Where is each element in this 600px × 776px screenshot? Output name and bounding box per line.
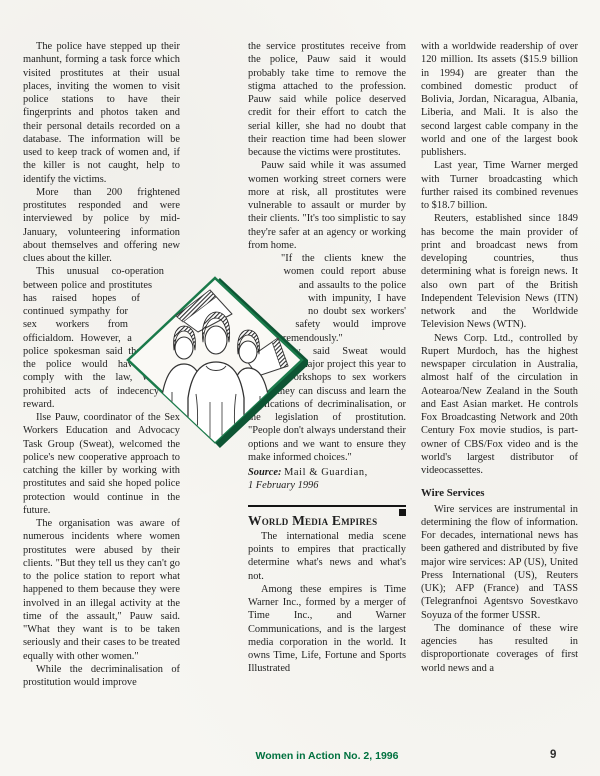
article-paragraph: with a worldwide readership of over 120 … <box>421 40 578 159</box>
article-paragraph: News Corp. Ltd., controlled by Rupert Mu… <box>421 332 578 478</box>
subsection-heading: Wire Services <box>421 487 578 500</box>
magazine-page: The police have stepped up their manhunt… <box>0 0 600 776</box>
source-line: Source: Mail & Guardian, 1 February 1996 <box>248 466 406 493</box>
article-paragraph: Last year, Time Warner merged with Turne… <box>421 159 578 212</box>
section-divider <box>248 505 406 507</box>
article-paragraph: The police have stepped up their manhunt… <box>23 40 180 186</box>
text-column-3: with a worldwide readership of over 120 … <box>421 40 578 675</box>
page-number: 9 <box>550 749 556 761</box>
three-women-sketch-illustration <box>126 274 308 450</box>
article-paragraph: Wire services are instrumental in determ… <box>421 503 578 622</box>
article-paragraph: The organisation was aware of numerous i… <box>23 517 180 663</box>
article-paragraph: The international media scene points to … <box>248 530 406 583</box>
footer-journal-title: Women in Action No. 2, 1996 <box>244 750 410 762</box>
article-paragraph: the service prostitutes receive from the… <box>248 40 406 159</box>
article-paragraph: Among these empires is Time Warner Inc.,… <box>248 583 406 676</box>
article-paragraph: Reuters, established since 1849 has beco… <box>421 212 578 331</box>
divider-square <box>399 509 406 516</box>
source-date: 1 February 1996 <box>248 480 318 491</box>
article-paragraph: Pauw said while it was assumed women wor… <box>248 159 406 252</box>
source-publication: Mail & Guardian, <box>284 467 368 478</box>
article-paragraph: More than 200 frightened prostitutes res… <box>23 186 180 266</box>
article-paragraph: The dominance of these wire agencies has… <box>421 622 578 675</box>
article-paragraph: While the decriminalisation of prostitut… <box>23 663 180 690</box>
section-heading: World Media Empires <box>248 514 406 527</box>
source-label: Source: <box>248 467 281 478</box>
